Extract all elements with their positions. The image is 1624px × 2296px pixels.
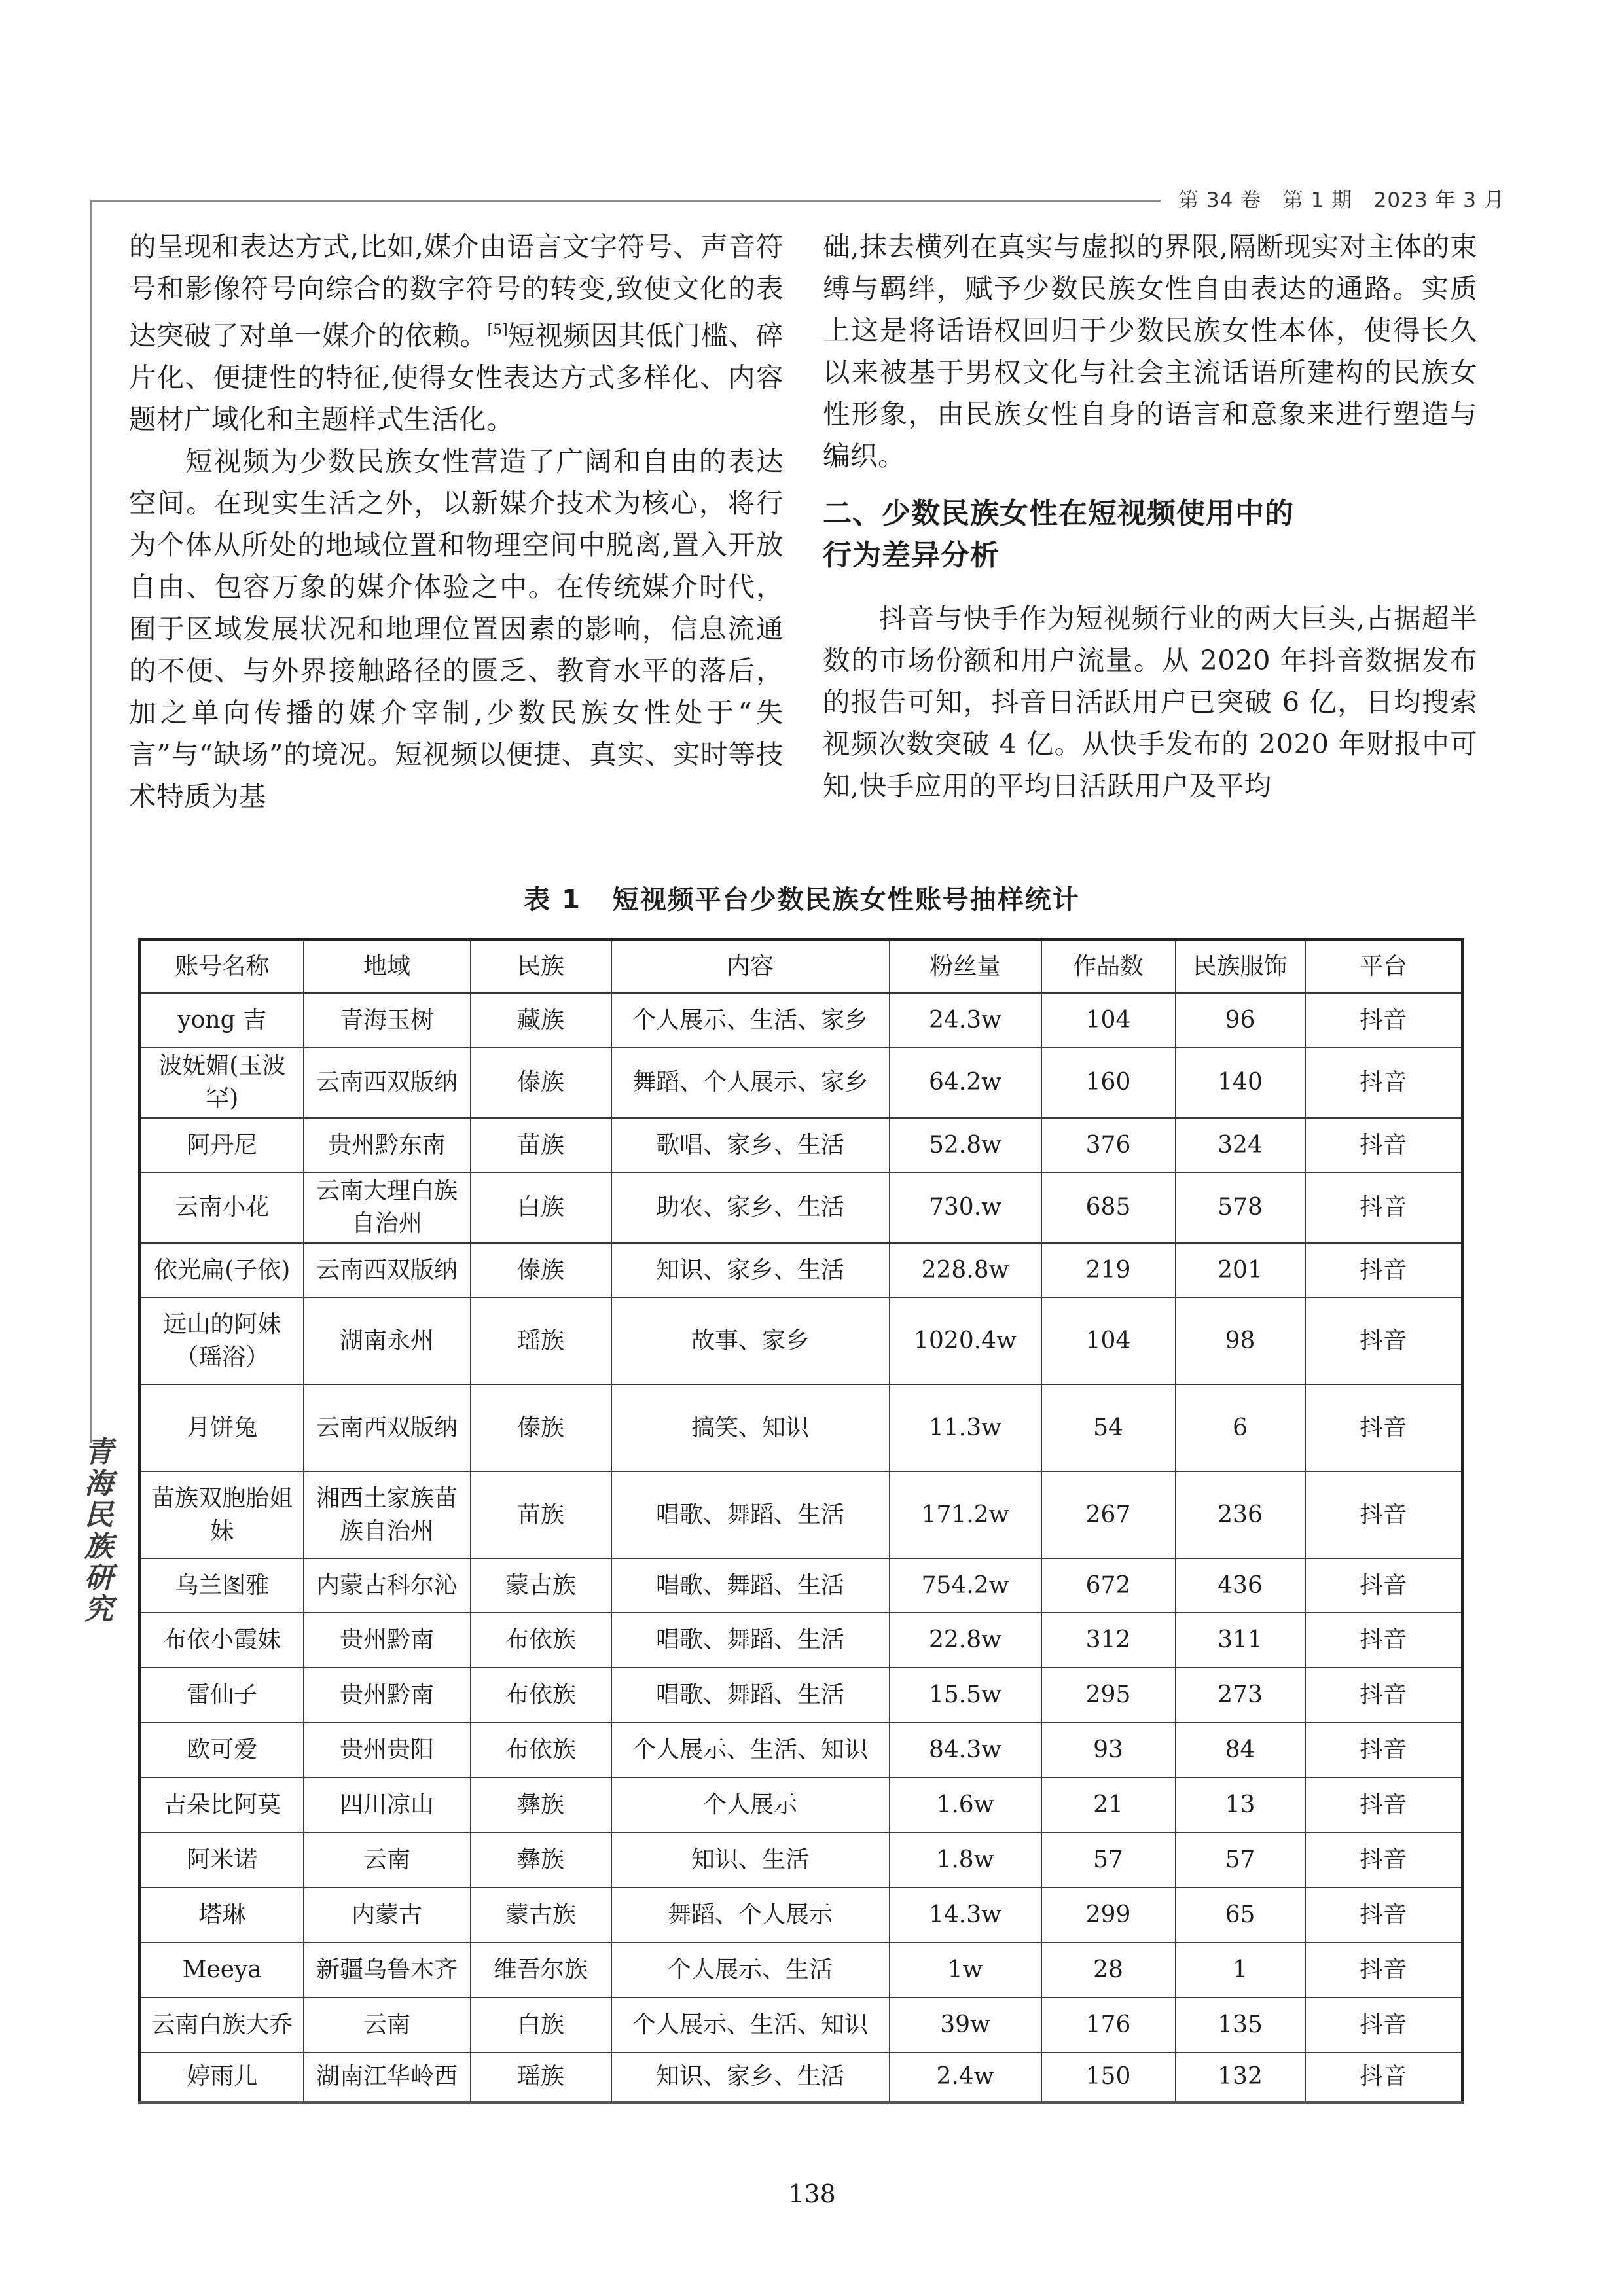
cell-region: 贵州黔东南: [304, 1118, 471, 1172]
table-row: 阿米诺云南彝族知识、生活1.8w5757抖音: [140, 1833, 1463, 1888]
cell-ethnicity: 布依族: [471, 1668, 611, 1723]
header-rule: [90, 200, 1161, 202]
page-number: 138: [0, 2179, 1624, 2208]
cell-content: 舞蹈、个人展示: [611, 1888, 890, 1943]
cell-ethnicity: 苗族: [471, 1118, 611, 1172]
cell-ethnicity: 藏族: [471, 993, 611, 1047]
cell-works: 28: [1041, 1943, 1176, 1998]
cell-costume: 13: [1176, 1778, 1305, 1833]
cell-ethnicity: 蒙古族: [471, 1888, 611, 1943]
cell-works: 295: [1041, 1668, 1176, 1723]
cell-followers: 14.3w: [890, 1888, 1041, 1943]
table-row: 乌兰图雅内蒙古科尔沁蒙古族唱歌、舞蹈、生活754.2w672436抖音: [140, 1558, 1463, 1613]
table-row: 吉朵比阿莫四川凉山彝族个人展示1.6w2113抖音: [140, 1778, 1463, 1833]
cell-account: 吉朵比阿莫: [140, 1778, 304, 1833]
table-row: 苗族双胞胎姐妹湘西土家族苗族自治州苗族唱歌、舞蹈、生活171.2w267236抖…: [140, 1471, 1463, 1558]
cell-followers: 52.8w: [890, 1118, 1041, 1172]
cell-costume: 57: [1176, 1833, 1305, 1888]
cell-followers: 1020.4w: [890, 1297, 1041, 1384]
cell-account: 远山的阿妹（瑶浴）: [140, 1297, 304, 1384]
cell-platform: 抖音: [1305, 1778, 1463, 1833]
cell-account: 乌兰图雅: [140, 1558, 304, 1613]
cell-platform: 抖音: [1305, 1243, 1463, 1297]
cell-followers: 228.8w: [890, 1243, 1041, 1297]
section-title: 二、少数民族女性在短视频使用中的 行为差异分析: [823, 493, 1477, 577]
right-column: 础,抹去横列在真实与虚拟的界限,隔断现实对主体的束缚与羁绊，赋予少数民族女性自由…: [823, 226, 1477, 807]
cell-costume: 96: [1176, 993, 1305, 1047]
cell-region: 云南: [304, 1998, 471, 2053]
col-header-works: 作品数: [1041, 940, 1176, 994]
cell-ethnicity: 瑶族: [471, 2053, 611, 2102]
col-header-region: 地域: [304, 940, 471, 994]
cell-costume: 236: [1176, 1471, 1305, 1558]
cell-followers: 24.3w: [890, 993, 1041, 1047]
cell-account: 雷仙子: [140, 1668, 304, 1723]
cell-content: 唱歌、舞蹈、生活: [611, 1558, 890, 1613]
col-header-platform: 平台: [1305, 940, 1463, 994]
cell-platform: 抖音: [1305, 1172, 1463, 1243]
cell-works: 104: [1041, 993, 1176, 1047]
cell-account: 塔琳: [140, 1888, 304, 1943]
cell-followers: 39w: [890, 1998, 1041, 2053]
cell-followers: 1w: [890, 1943, 1041, 1998]
cell-content: 歌唱、家乡、生活: [611, 1118, 890, 1172]
cell-costume: 135: [1176, 1998, 1305, 2053]
cell-works: 54: [1041, 1384, 1176, 1471]
cell-ethnicity: 蒙古族: [471, 1558, 611, 1613]
cell-followers: 11.3w: [890, 1384, 1041, 1471]
cell-content: 唱歌、舞蹈、生活: [611, 1471, 890, 1558]
cell-followers: 2.4w: [890, 2053, 1041, 2102]
cell-ethnicity: 布依族: [471, 1613, 611, 1668]
table-row: 阿丹尼贵州黔东南苗族歌唱、家乡、生活52.8w376324抖音: [140, 1118, 1463, 1172]
cell-region: 内蒙古科尔沁: [304, 1558, 471, 1613]
cell-costume: 311: [1176, 1613, 1305, 1668]
cell-works: 219: [1041, 1243, 1176, 1297]
cell-region: 贵州黔南: [304, 1668, 471, 1723]
cell-region: 新疆乌鲁木齐: [304, 1943, 471, 1998]
table-row: 云南白族大乔云南白族个人展示、生活、知识39w176135抖音: [140, 1998, 1463, 2053]
cell-works: 150: [1041, 2053, 1176, 2102]
cell-ethnicity: 瑶族: [471, 1297, 611, 1384]
cell-content: 唱歌、舞蹈、生活: [611, 1613, 890, 1668]
section-title-line: 二、少数民族女性在短视频使用中的: [823, 493, 1477, 535]
cell-content: 舞蹈、个人展示、家乡: [611, 1047, 890, 1118]
table-row: 远山的阿妹（瑶浴）湖南永州瑶族故事、家乡1020.4w10498抖音: [140, 1297, 1463, 1384]
cell-ethnicity: 苗族: [471, 1471, 611, 1558]
cell-ethnicity: 彝族: [471, 1778, 611, 1833]
cell-content: 搞笑、知识: [611, 1384, 890, 1471]
cell-region: 贵州黔南: [304, 1613, 471, 1668]
cell-ethnicity: 傣族: [471, 1243, 611, 1297]
cell-works: 672: [1041, 1558, 1176, 1613]
left-column: 的呈现和表达方式,比如,媒介由语言文字符号、声音符号和影像符号向综合的数字符号的…: [129, 226, 784, 817]
cell-platform: 抖音: [1305, 1833, 1463, 1888]
cell-ethnicity: 白族: [471, 1998, 611, 2053]
cell-account: 阿米诺: [140, 1833, 304, 1888]
cell-works: 104: [1041, 1297, 1176, 1384]
cell-works: 93: [1041, 1723, 1176, 1778]
cell-content: 个人展示、生活、知识: [611, 1723, 890, 1778]
cell-works: 267: [1041, 1471, 1176, 1558]
col-header-followers: 粉丝量: [890, 940, 1041, 994]
table-row: 依光扁(子依)云南西双版纳傣族知识、家乡、生活228.8w219201抖音: [140, 1243, 1463, 1297]
cell-ethnicity: 傣族: [471, 1047, 611, 1118]
cell-content: 知识、生活: [611, 1833, 890, 1888]
cell-account: yong 吉: [140, 993, 304, 1047]
cell-account: 婷雨儿: [140, 2053, 304, 2102]
cell-platform: 抖音: [1305, 1047, 1463, 1118]
col-header-ethnicity: 民族: [471, 940, 611, 994]
table-row: yong 吉青海玉树藏族个人展示、生活、家乡24.3w10496抖音: [140, 993, 1463, 1047]
cell-costume: 578: [1176, 1172, 1305, 1243]
table-header-row: 账号名称 地域 民族 内容 粉丝量 作品数 民族服饰 平台: [140, 940, 1463, 994]
col-header-costume: 民族服饰: [1176, 940, 1305, 994]
citation-marker: [5]: [488, 322, 508, 338]
cell-content: 个人展示、生活: [611, 1943, 890, 1998]
cell-region: 湖南江华岭西: [304, 2053, 471, 2102]
running-head: 第 34 卷 第 1 期 2023 年 3 月: [1178, 183, 1505, 216]
cell-followers: 171.2w: [890, 1471, 1041, 1558]
cell-costume: 140: [1176, 1047, 1305, 1118]
cell-platform: 抖音: [1305, 1118, 1463, 1172]
cell-region: 云南西双版纳: [304, 1384, 471, 1471]
table-row: 月饼兔云南西双版纳傣族搞笑、知识11.3w546抖音: [140, 1384, 1463, 1471]
cell-region: 湖南永州: [304, 1297, 471, 1384]
cell-works: 685: [1041, 1172, 1176, 1243]
table-caption: 表 1 短视频平台少数民族女性账号抽样统计: [131, 879, 1473, 916]
table-row: 欧可爱贵州贵阳布依族个人展示、生活、知识84.3w9384抖音: [140, 1723, 1463, 1778]
cell-platform: 抖音: [1305, 1558, 1463, 1613]
cell-followers: 1.6w: [890, 1778, 1041, 1833]
cell-works: 299: [1041, 1888, 1176, 1943]
paragraph: 础,抹去横列在真实与虚拟的界限,隔断现实对主体的束缚与羁绊，赋予少数民族女性自由…: [823, 226, 1477, 477]
cell-costume: 201: [1176, 1243, 1305, 1297]
cell-followers: 84.3w: [890, 1723, 1041, 1778]
cell-works: 312: [1041, 1613, 1176, 1668]
cell-account: Meeya: [140, 1943, 304, 1998]
cell-region: 云南西双版纳: [304, 1243, 471, 1297]
table-row: 婷雨儿湖南江华岭西瑶族知识、家乡、生活2.4w150132抖音: [140, 2053, 1463, 2102]
section-title-line: 行为差异分析: [823, 535, 1477, 577]
cell-account: 月饼兔: [140, 1384, 304, 1471]
cell-region: 云南大理白族自治州: [304, 1172, 471, 1243]
paragraph: 短视频为少数民族女性营造了广阔和自由的表达空间。在现实生活之外，以新媒介技术为核…: [129, 440, 784, 817]
cell-platform: 抖音: [1305, 1471, 1463, 1558]
cell-region: 云南: [304, 1833, 471, 1888]
cell-account: 依光扁(子依): [140, 1243, 304, 1297]
cell-account: 苗族双胞胎姐妹: [140, 1471, 304, 1558]
cell-account: 布依小霞妹: [140, 1613, 304, 1668]
cell-costume: 324: [1176, 1118, 1305, 1172]
cell-followers: 22.8w: [890, 1613, 1041, 1668]
col-header-account: 账号名称: [140, 940, 304, 994]
cell-followers: 64.2w: [890, 1047, 1041, 1118]
cell-content: 知识、家乡、生活: [611, 1243, 890, 1297]
cell-account: 云南小花: [140, 1172, 304, 1243]
cell-content: 唱歌、舞蹈、生活: [611, 1668, 890, 1723]
cell-platform: 抖音: [1305, 1668, 1463, 1723]
table-body: yong 吉青海玉树藏族个人展示、生活、家乡24.3w10496抖音波妩媚(玉波…: [140, 993, 1463, 2102]
cell-followers: 1.8w: [890, 1833, 1041, 1888]
table-row: 塔琳内蒙古蒙古族舞蹈、个人展示14.3w29965抖音: [140, 1888, 1463, 1943]
cell-works: 376: [1041, 1118, 1176, 1172]
cell-region: 云南西双版纳: [304, 1047, 471, 1118]
table-row: 波妩媚(玉波罕)云南西双版纳傣族舞蹈、个人展示、家乡64.2w160140抖音: [140, 1047, 1463, 1118]
cell-platform: 抖音: [1305, 993, 1463, 1047]
col-header-content: 内容: [611, 940, 890, 994]
cell-ethnicity: 傣族: [471, 1384, 611, 1471]
table-row: 雷仙子贵州黔南布依族唱歌、舞蹈、生活15.5w295273抖音: [140, 1668, 1463, 1723]
cell-region: 青海玉树: [304, 993, 471, 1047]
cell-content: 助农、家乡、生活: [611, 1172, 890, 1243]
cell-content: 故事、家乡: [611, 1297, 890, 1384]
cell-ethnicity: 彝族: [471, 1833, 611, 1888]
cell-followers: 754.2w: [890, 1558, 1041, 1613]
cell-works: 176: [1041, 1998, 1176, 2053]
cell-works: 160: [1041, 1047, 1176, 1118]
cell-content: 个人展示、生活、家乡: [611, 993, 890, 1047]
cell-ethnicity: 维吾尔族: [471, 1943, 611, 1998]
cell-region: 湘西土家族苗族自治州: [304, 1471, 471, 1558]
cell-costume: 132: [1176, 2053, 1305, 2102]
cell-content: 个人展示: [611, 1778, 890, 1833]
cell-costume: 6: [1176, 1384, 1305, 1471]
cell-platform: 抖音: [1305, 1943, 1463, 1998]
cell-costume: 1: [1176, 1943, 1305, 1998]
table-row: Meeya新疆乌鲁木齐维吾尔族个人展示、生活1w281抖音: [140, 1943, 1463, 1998]
cell-ethnicity: 白族: [471, 1172, 611, 1243]
cell-ethnicity: 布依族: [471, 1723, 611, 1778]
cell-works: 21: [1041, 1778, 1176, 1833]
cell-followers: 15.5w: [890, 1668, 1041, 1723]
margin-rule: [90, 200, 92, 1443]
cell-content: 知识、家乡、生活: [611, 2053, 890, 2102]
cell-platform: 抖音: [1305, 1723, 1463, 1778]
cell-account: 波妩媚(玉波罕): [140, 1047, 304, 1118]
cell-platform: 抖音: [1305, 1297, 1463, 1384]
cell-platform: 抖音: [1305, 1998, 1463, 2053]
cell-region: 内蒙古: [304, 1888, 471, 1943]
cell-platform: 抖音: [1305, 2053, 1463, 2102]
cell-content: 个人展示、生活、知识: [611, 1998, 890, 2053]
cell-costume: 98: [1176, 1297, 1305, 1384]
account-stats-table: 账号名称 地域 民族 内容 粉丝量 作品数 民族服饰 平台 yong 吉青海玉树…: [138, 938, 1464, 2104]
cell-followers: 730.w: [890, 1172, 1041, 1243]
cell-account: 阿丹尼: [140, 1118, 304, 1172]
cell-costume: 84: [1176, 1723, 1305, 1778]
cell-works: 57: [1041, 1833, 1176, 1888]
cell-costume: 65: [1176, 1888, 1305, 1943]
journal-calligraphy-mark: 青海民族研究: [77, 1437, 114, 1625]
cell-platform: 抖音: [1305, 1888, 1463, 1943]
paragraph: 抖音与快手作为短视频行业的两大巨头,占据超半数的市场份额和用户流量。从 2020…: [823, 598, 1477, 807]
table-row: 布依小霞妹贵州黔南布依族唱歌、舞蹈、生活22.8w312311抖音: [140, 1613, 1463, 1668]
cell-account: 欧可爱: [140, 1723, 304, 1778]
cell-region: 贵州贵阳: [304, 1723, 471, 1778]
cell-costume: 436: [1176, 1558, 1305, 1613]
cell-account: 云南白族大乔: [140, 1998, 304, 2053]
cell-platform: 抖音: [1305, 1613, 1463, 1668]
cell-costume: 273: [1176, 1668, 1305, 1723]
cell-region: 四川凉山: [304, 1778, 471, 1833]
paragraph: 的呈现和表达方式,比如,媒介由语言文字符号、声音符号和影像符号向综合的数字符号的…: [129, 226, 784, 440]
table-row: 云南小花云南大理白族自治州白族助农、家乡、生活730.w685578抖音: [140, 1172, 1463, 1243]
cell-platform: 抖音: [1305, 1384, 1463, 1471]
